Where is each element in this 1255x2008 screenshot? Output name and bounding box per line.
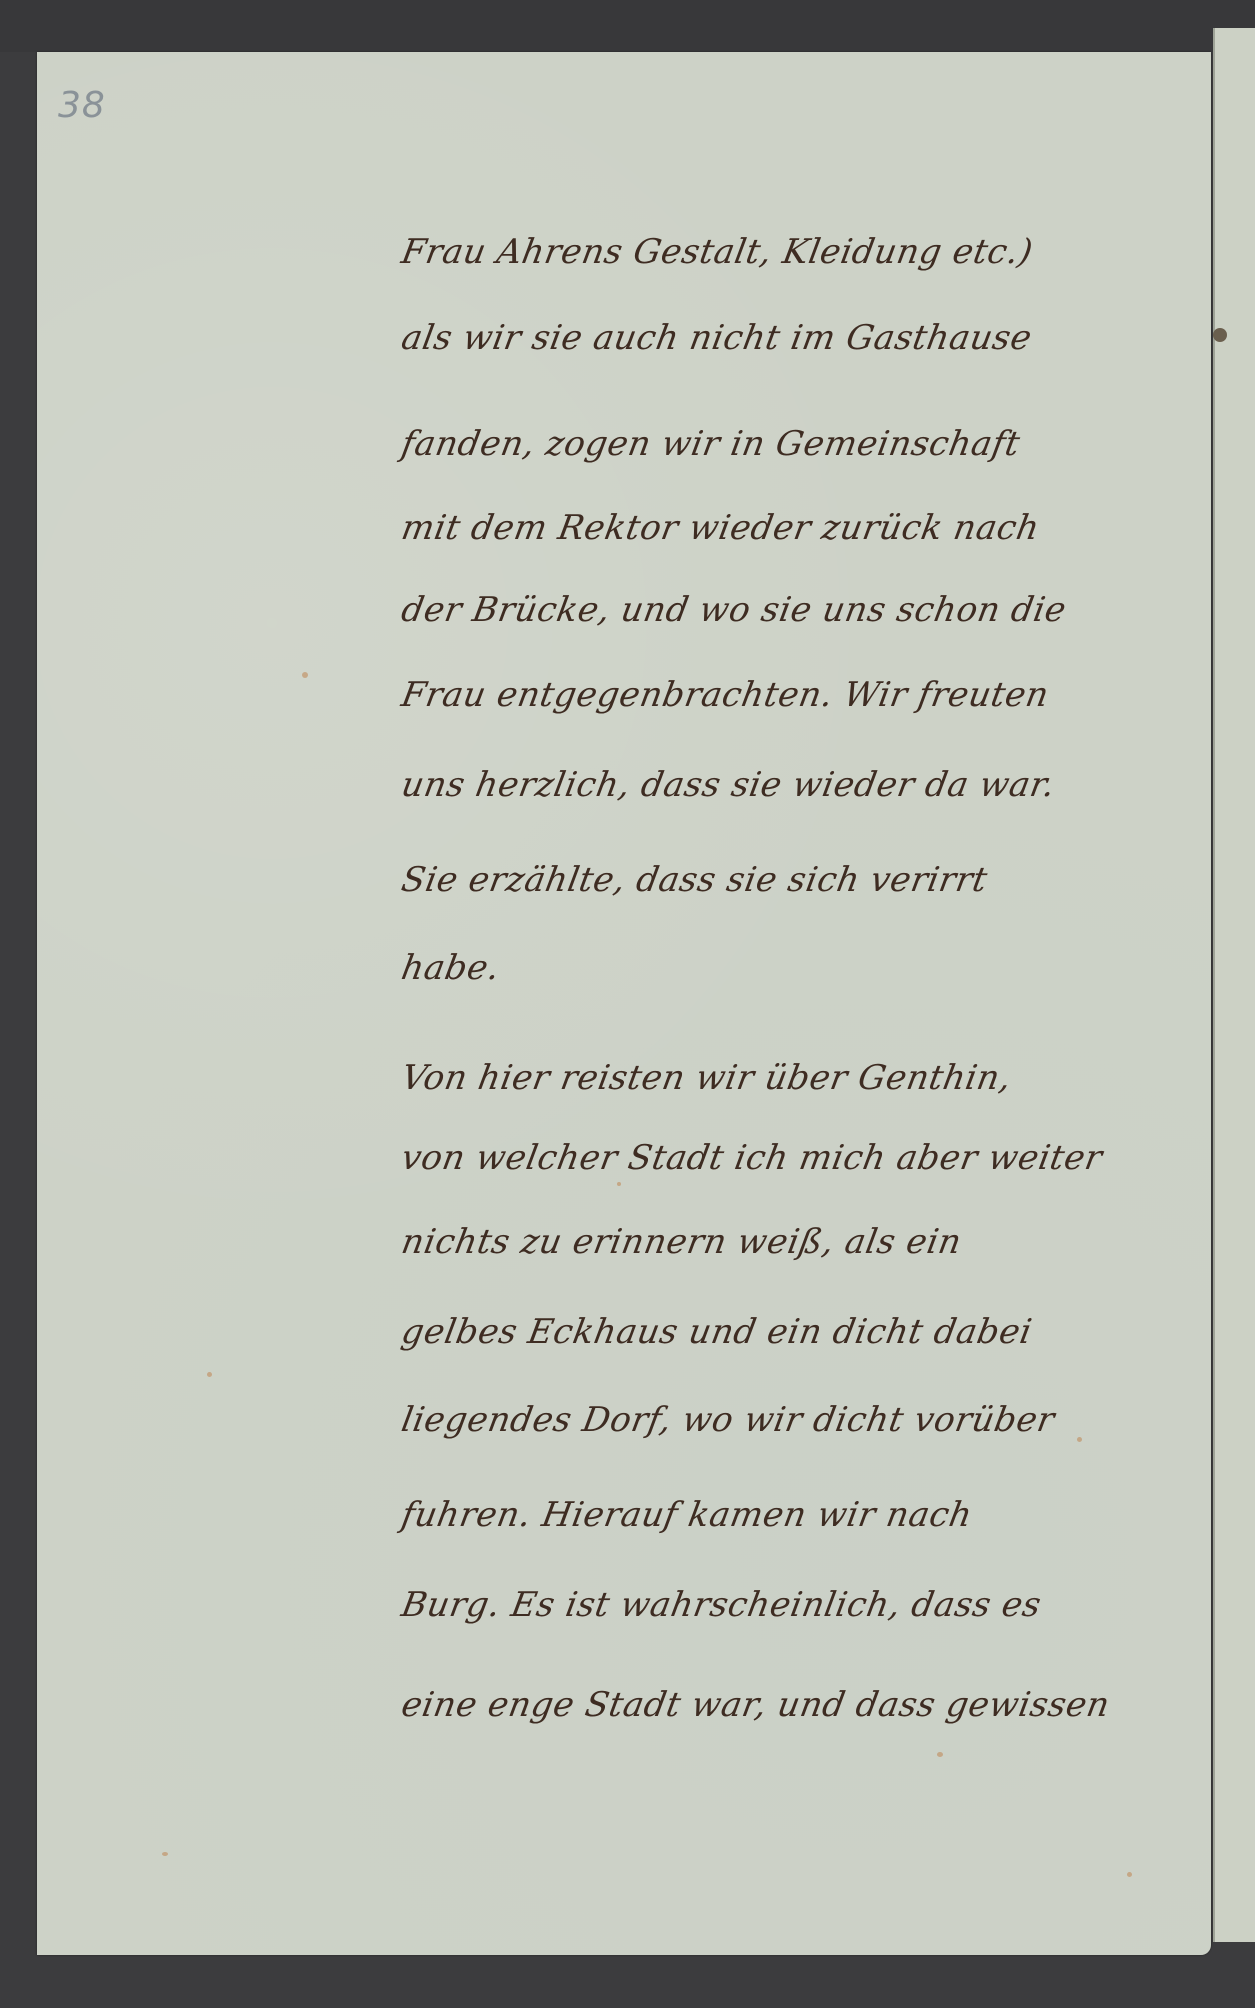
text-line: Frau entgegenbrachten. Wir freuten bbox=[398, 675, 1052, 715]
text-line: liegendes Dorf, wo wir dicht vorüber bbox=[398, 1400, 1057, 1440]
text-line: Burg. Es ist wahrscheinlich, dass es bbox=[398, 1585, 1044, 1625]
text-line: gelbes Eckhaus und ein dicht dabei bbox=[398, 1312, 1035, 1352]
text-line: Von hier reisten wir über Genthin, bbox=[398, 1058, 1014, 1098]
text-line: fanden, zogen wir in Gemeinschaft bbox=[398, 424, 1023, 464]
handwritten-text: Frau Ahrens Gestalt, Kleidung etc.) als … bbox=[0, 0, 1255, 2008]
text-line: als wir sie auch nicht im Gasthause bbox=[398, 318, 1034, 358]
text-line: nichts zu erinnern weiß, als ein bbox=[398, 1222, 964, 1262]
text-line: mit dem Rektor wieder zurück nach bbox=[398, 508, 1042, 548]
text-line: habe. bbox=[398, 948, 502, 988]
text-line: eine enge Stadt war, und dass gewissen bbox=[398, 1685, 1112, 1725]
text-line: Frau Ahrens Gestalt, Kleidung etc.) bbox=[398, 232, 1035, 272]
text-line: von welcher Stadt ich mich aber weiter bbox=[398, 1138, 1105, 1178]
text-line: uns herzlich, dass sie wieder da war. bbox=[398, 765, 1058, 805]
text-line: Sie erzählte, dass sie sich verirrt bbox=[398, 860, 990, 900]
text-line: fuhren. Hierauf kamen wir nach bbox=[398, 1495, 975, 1535]
text-line: der Brücke, und wo sie uns schon die bbox=[398, 590, 1069, 630]
